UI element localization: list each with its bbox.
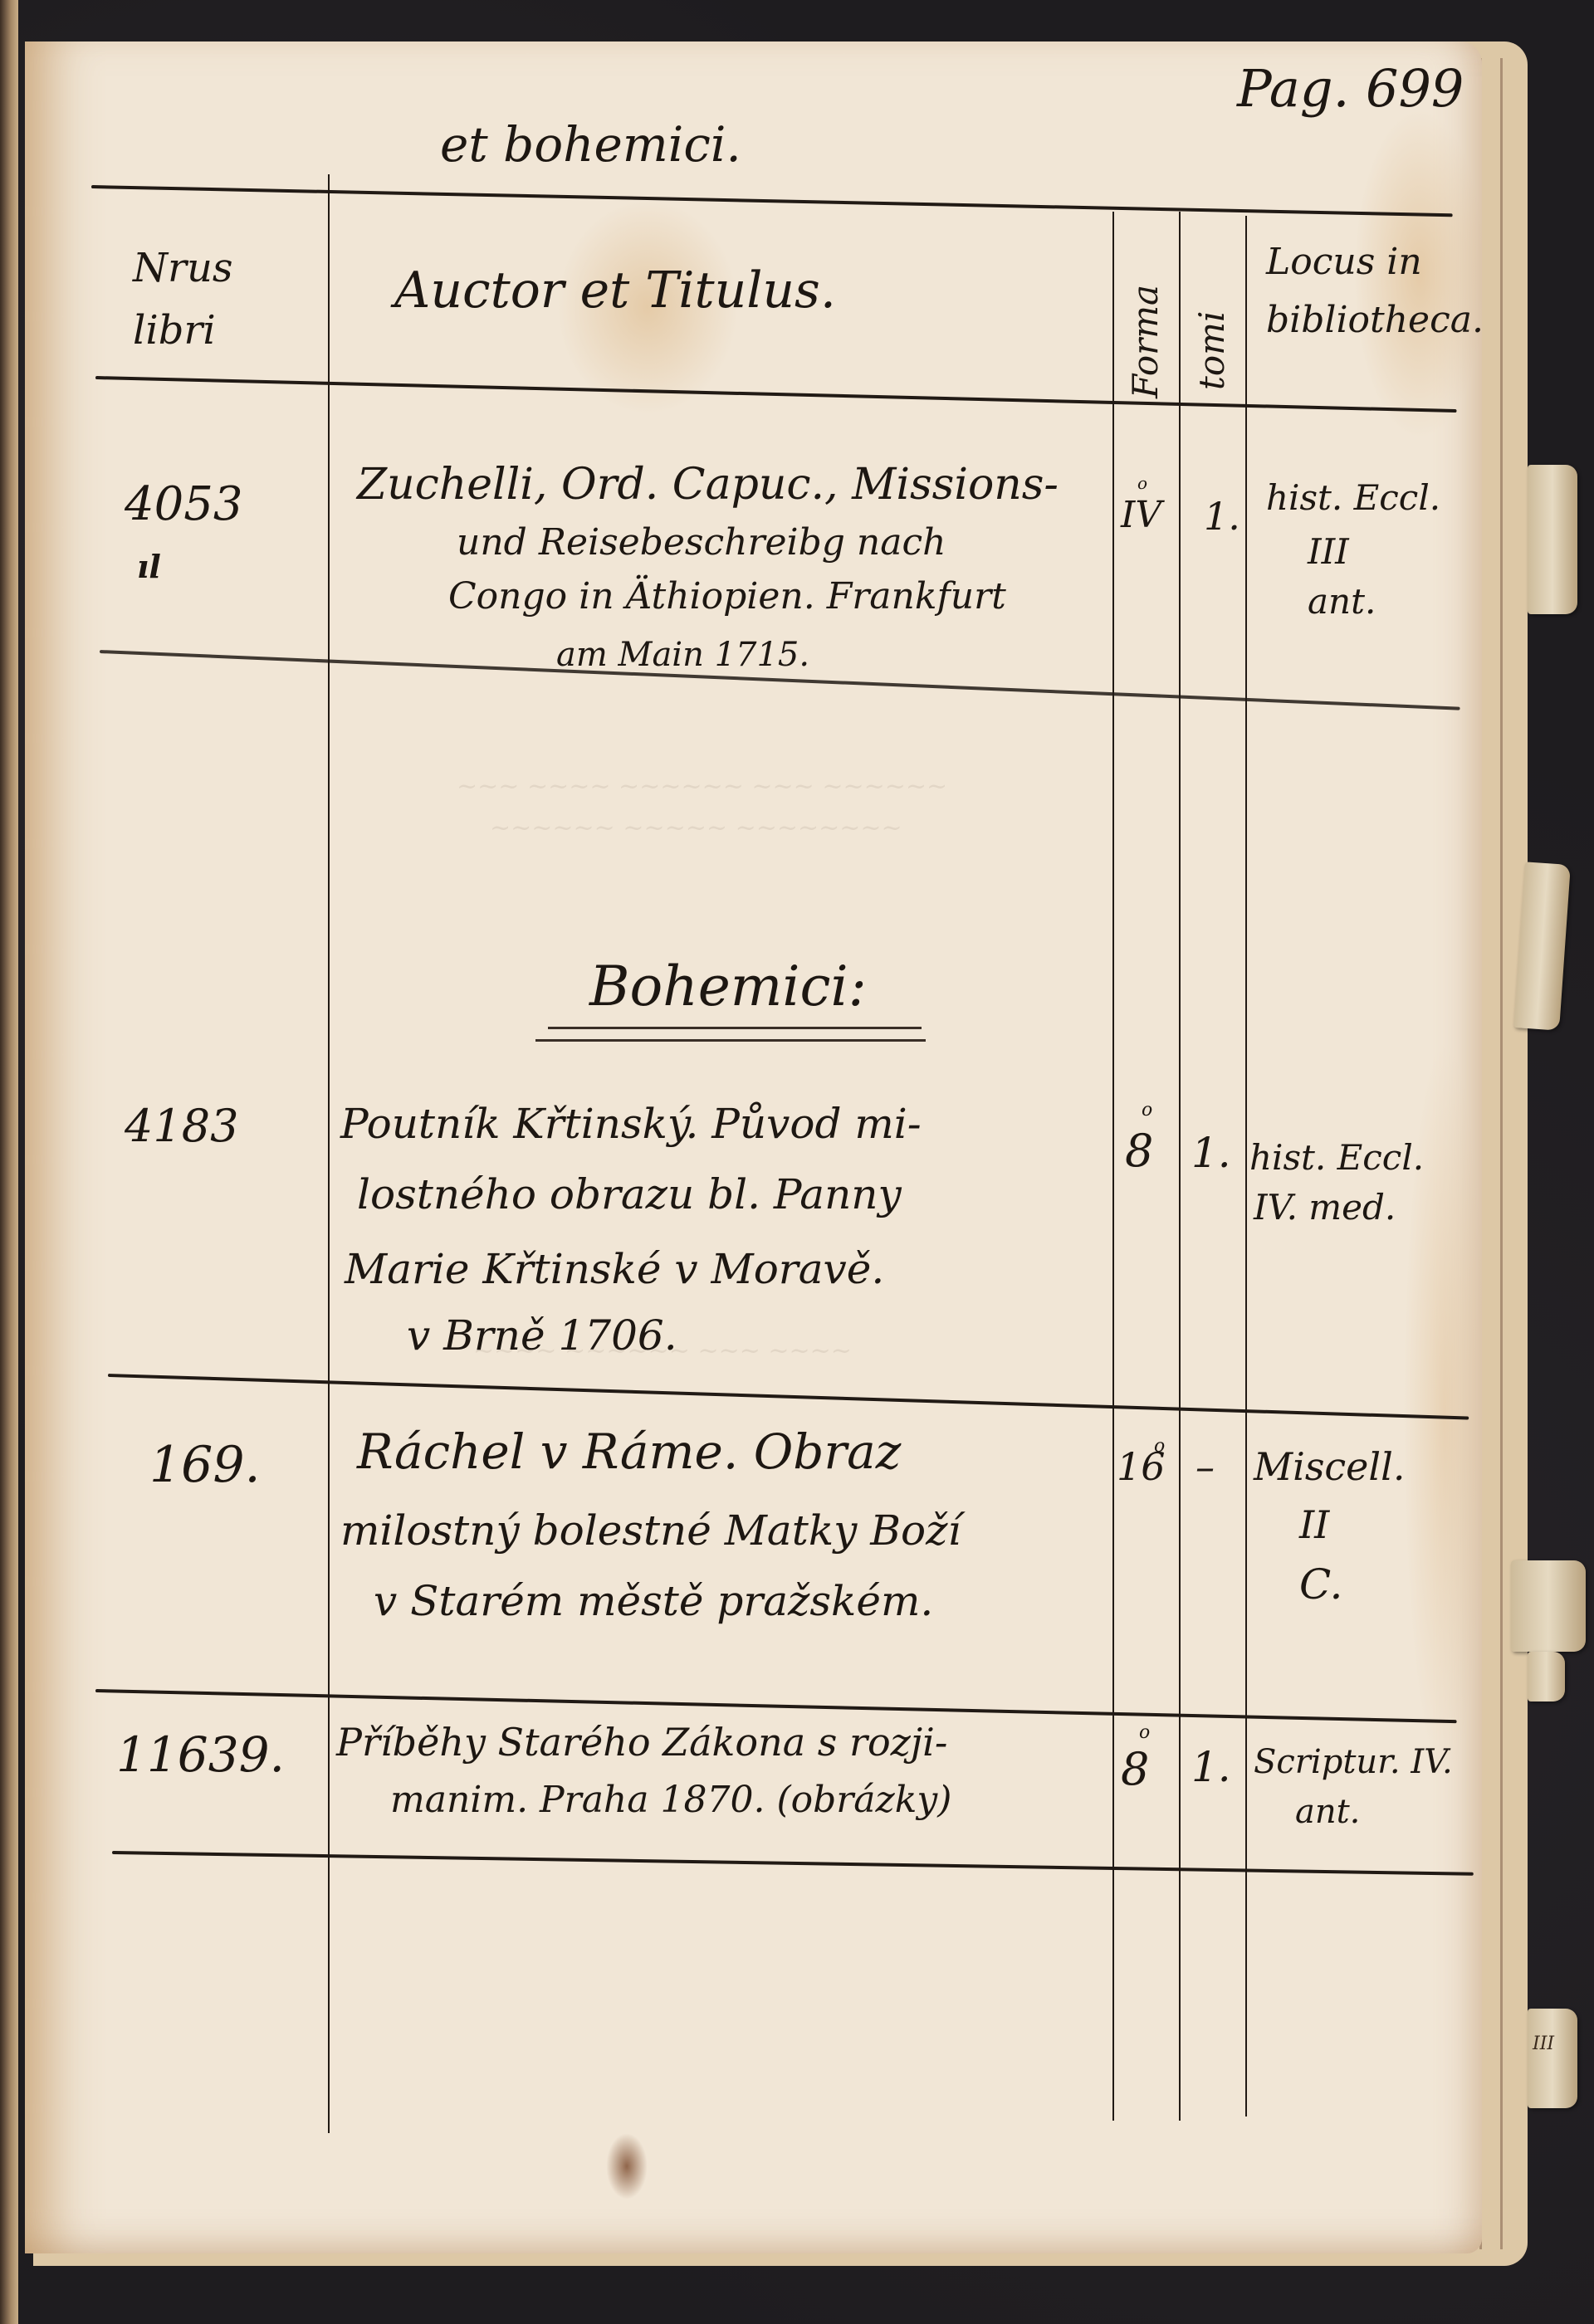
locus-line: C. [1299, 1560, 1342, 1609]
title-line: Ráchel v Ráme. Obraz [357, 1423, 901, 1480]
forma-value: IV [1121, 494, 1161, 536]
column-divider [1179, 212, 1181, 2121]
title-line: am Main 1715. [556, 627, 809, 683]
title-line: Congo in Äthiopien. Frankfurt [448, 569, 1006, 625]
tomi-value: 1. [1204, 494, 1240, 539]
title-line: Poutník Křtinský. Původ mi- [340, 1096, 922, 1152]
tomi-value: – [1195, 1444, 1215, 1489]
col-header-number: Nrus [133, 245, 233, 291]
title-line: lostného obrazu bl. Panny [357, 1166, 902, 1223]
title-line: milostný bolestné Matky Boží [340, 1502, 961, 1559]
forma-superscript: o [1154, 1436, 1165, 1457]
index-tab[interactable] [1528, 1652, 1565, 1701]
col-header-tomi: tomi [1191, 311, 1232, 390]
page-edge-line [1500, 58, 1503, 2249]
book-number: 4053 [125, 477, 243, 531]
heading-underline [535, 1039, 926, 1042]
title-line: Marie Křtinské v Moravě. [345, 1241, 884, 1297]
col-header-locus-2: bibliotheca. [1266, 299, 1482, 341]
number-mark: ıl [137, 548, 161, 585]
col-header-forma: Forma [1125, 285, 1166, 398]
col-header-title: Auctor et Titulus. [394, 261, 836, 320]
locus-line: hist. Eccl. [1249, 1137, 1424, 1178]
col-header-number-2: libri [133, 307, 216, 354]
ledger-page: ~~~ ~~~~ ~~~~~~ ~~~ ~~~~~~ ~~~~~~ ~~~~~ … [25, 41, 1482, 2253]
header-top-rule [91, 185, 1453, 217]
tomi-value: 1. [1191, 1743, 1231, 1791]
locus-line: IV. med. [1254, 1187, 1396, 1228]
column-divider [1245, 216, 1247, 2116]
col-header-locus: Locus in [1266, 241, 1422, 283]
column-divider [1112, 212, 1114, 2121]
title-line: Zuchelli, Ord. Capuc., Missions- [357, 456, 1059, 513]
tab-label: III [1533, 2033, 1554, 2054]
row-separator [108, 1374, 1469, 1420]
index-tab[interactable] [1511, 1560, 1586, 1652]
forma-value: 8 [1121, 1743, 1149, 1795]
running-title: et bohemici. [440, 116, 741, 173]
locus-line: II [1299, 1502, 1329, 1547]
index-tab[interactable]: III [1528, 2009, 1577, 2108]
bleed-through-text: ~~~~~~ ~~~~~ ~~~~~~~~ [490, 813, 902, 842]
forma-value: 8 [1125, 1125, 1153, 1177]
forma-superscript: o [1142, 1100, 1152, 1120]
forma-superscript: o [1137, 473, 1147, 493]
title-line: Příběhy Starého Zákona s rozji- [336, 1714, 947, 1770]
title-line: und Reisebeschreibg nach [457, 515, 946, 571]
header-bottom-rule [95, 376, 1457, 413]
column-divider [328, 174, 330, 2133]
locus-line: hist. Eccl. [1266, 477, 1440, 518]
heading-underline [548, 1027, 922, 1029]
page-number: Pag. 699 [1237, 58, 1464, 119]
bleed-through-text: ~~~ ~~~~ ~~~~~~ ~~~ ~~~~~~ [457, 772, 947, 801]
row-separator [112, 1851, 1474, 1876]
book-number: 11639. [116, 1726, 285, 1783]
title-line: v Brně 1706. [407, 1307, 677, 1364]
left-page-binding [0, 0, 18, 2324]
forma-superscript: o [1139, 1722, 1150, 1743]
locus-line: Miscell. [1254, 1444, 1405, 1489]
book-number: 169. [149, 1436, 261, 1494]
locus-line: ant. [1295, 1793, 1360, 1831]
tomi-value: 1. [1191, 1129, 1231, 1177]
ink-spot [606, 2133, 648, 2199]
title-line: manim. Praha 1870. (obrázky) [390, 1772, 951, 1828]
locus-line: ant. [1308, 581, 1376, 622]
locus-line: III [1308, 531, 1349, 572]
index-tab[interactable] [1528, 465, 1577, 614]
section-heading: Bohemici: [589, 954, 867, 1018]
locus-line: Scriptur. IV. [1254, 1743, 1453, 1781]
title-line: v Starém městě pražském. [374, 1573, 933, 1629]
book-number: 4183 [125, 1100, 238, 1152]
